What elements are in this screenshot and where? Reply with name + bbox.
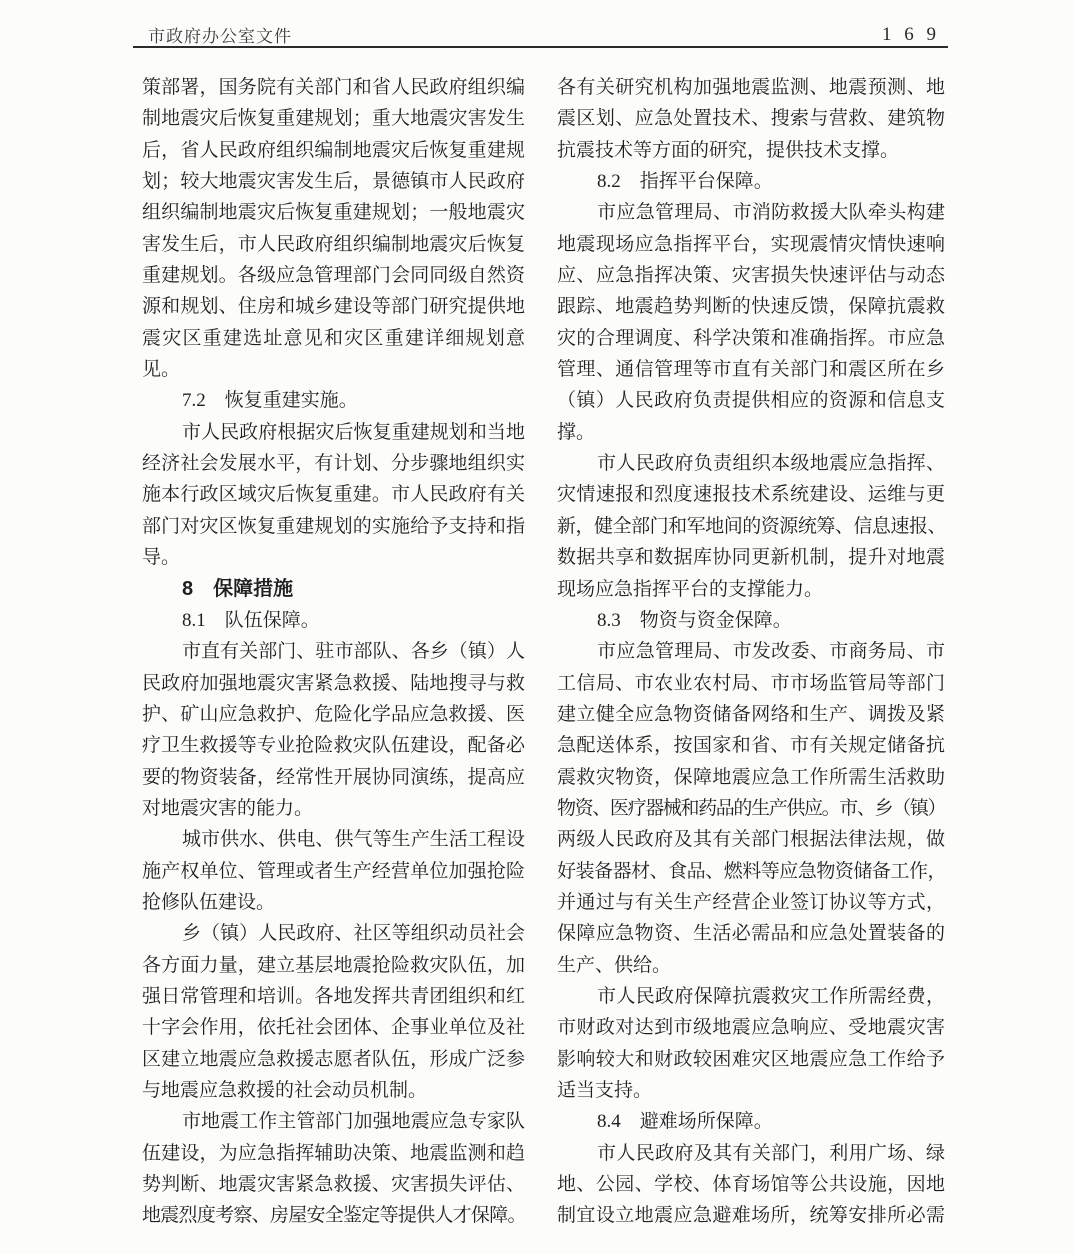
text-line: 见。 (142, 354, 525, 385)
header-rule (133, 46, 948, 48)
text-line: 适当支持。 (557, 1075, 945, 1106)
subsection-heading: 8.1 队伍保障。 (142, 605, 525, 636)
text-line: 城市供水、供电、供气等生产生活工程设 (142, 824, 525, 855)
text-line: 对地震灾害的能力。 (142, 793, 525, 824)
text-line: 导。 (142, 542, 525, 573)
text-line: 疗卫生救援等专业抢险救灾队伍建设，配备必 (142, 730, 525, 761)
text-line: 各有关研究机构加强地震监测、地震预测、地 (557, 72, 945, 103)
text-line: 势判断、地震灾害紧急救援、灾害损失评估、 (142, 1169, 525, 1200)
text-line: 市应急管理局、市消防救援大队牵头构建 (557, 197, 945, 228)
column-right: 各有关研究机构加强地震监测、地震预测、地震区划、应急处置技术、搜索与营救、建筑物… (557, 72, 945, 1232)
text-line: 市人民政府及其有关部门，利用广场、绿 (557, 1138, 945, 1169)
text-line: 灾的合理调度、科学决策和准确指挥。市应急 (557, 323, 945, 354)
text-line: 源和规划、住房和城乡建设等部门研究提供地 (142, 291, 525, 322)
text-line: 乡（镇）人民政府、社区等组织动员社会 (142, 918, 525, 949)
text-line: 施本行政区域灾后恢复重建。市人民政府有关 (142, 479, 525, 510)
subsection-heading: 8.4 避难场所保障。 (557, 1106, 945, 1137)
text-line: 抢修队伍建设。 (142, 887, 525, 918)
text-line: 撑。 (557, 417, 945, 448)
text-line: 护、矿山应急救护、危险化学品应急救援、医 (142, 699, 525, 730)
text-line: 地、公园、学校、体育场馆等公共设施，因地 (557, 1169, 945, 1200)
text-line: 十字会作用，依托社会团体、企事业单位及社 (142, 1012, 525, 1043)
text-line: 物资、医疗器械和药品的生产供应。市、乡（镇） (557, 793, 945, 824)
text-line: 市人民政府负责组织本级地震应急指挥、 (557, 448, 945, 479)
document-page: 市政府办公室文件 1 6 9 策部署，国务院有关部门和省人民政府组织编制地震灾后… (0, 0, 1074, 1254)
text-line: 市应急管理局、市发改委、市商务局、市 (557, 636, 945, 667)
text-line: 制宜设立地震应急避难场所，统筹安排所必需 (557, 1200, 945, 1231)
text-line: 应、应急指挥决策、灾害损失快速评估与动态 (557, 260, 945, 291)
text-line: （镇）人民政府负责提供相应的资源和信息支 (557, 385, 945, 416)
column-left: 策部署，国务院有关部门和省人民政府组织编制地震灾后恢复重建规划；重大地震灾害发生… (142, 72, 525, 1232)
text-line: 划；较大地震灾害发生后，景德镇市人民政府 (142, 166, 525, 197)
text-line: 重建规划。各级应急管理部门会同同级自然资 (142, 260, 525, 291)
text-line: 两级人民政府及其有关部门根据法律法规，做 (557, 824, 945, 855)
text-line: 强日常管理和培训。各地发挥共青团组织和红 (142, 981, 525, 1012)
text-line: 市直有关部门、驻市部队、各乡（镇）人 (142, 636, 525, 667)
header-doc-title: 市政府办公室文件 (148, 22, 292, 47)
text-line: 伍建设，为应急指挥辅助决策、地震监测和趋 (142, 1138, 525, 1169)
section-heading: 8 保障措施 (142, 574, 525, 605)
text-line: 施产权单位、管理或者生产经营单位加强抢险 (142, 856, 525, 887)
text-line: 灾情速报和烈度速报技术系统建设、运维与更 (557, 479, 945, 510)
text-line: 影响较大和财政较困难灾区地震应急工作给予 (557, 1044, 945, 1075)
subsection-heading: 7.2 恢复重建实施。 (142, 385, 525, 416)
text-line: 地震烈度考察、房屋安全鉴定等提供人才保障。 (142, 1200, 525, 1231)
text-line: 民政府加强地震灾害紧急救援、陆地搜寻与救 (142, 668, 525, 699)
text-line: 后，省人民政府组织编制地震灾后恢复重建规 (142, 135, 525, 166)
text-line: 部门对灾区恢复重建规划的实施给予支持和指 (142, 511, 525, 542)
text-line: 急配送体系，按国家和省、市有关规定储备抗 (557, 730, 945, 761)
text-line: 市人民政府根据灾后恢复重建规划和当地 (142, 417, 525, 448)
text-line: 生产、供给。 (557, 950, 945, 981)
text-line: 区建立地震应急救援志愿者队伍，形成广泛参 (142, 1044, 525, 1075)
subsection-heading: 8.3 物资与资金保障。 (557, 605, 945, 636)
text-line: 各方面力量，建立基层地震抢险救灾队伍，加 (142, 950, 525, 981)
text-line: 组织编制地震灾后恢复重建规划；一般地震灾 (142, 197, 525, 228)
text-line: 市地震工作主管部门加强地震应急专家队 (142, 1106, 525, 1137)
text-line: 并通过与有关生产经营企业签订协议等方式， (557, 887, 945, 918)
subsection-heading: 8.2 指挥平台保障。 (557, 166, 945, 197)
text-line: 市财政对达到市级地震应急响应、受地震灾害 (557, 1012, 945, 1043)
text-line: 震区划、应急处置技术、搜索与营救、建筑物 (557, 103, 945, 134)
text-line: 要的物资装备，经常性开展协同演练，提高应 (142, 762, 525, 793)
text-line: 保障应急物资、生活必需品和应急处置装备的 (557, 918, 945, 949)
text-line: 跟踪、地震趋势判断的快速反馈，保障抗震救 (557, 291, 945, 322)
text-line: 策部署，国务院有关部门和省人民政府组织编 (142, 72, 525, 103)
text-line: 与地震应急救援的社会动员机制。 (142, 1075, 525, 1106)
text-line: 现场应急指挥平台的支撑能力。 (557, 574, 945, 605)
text-line: 害发生后，市人民政府组织编制地震灾后恢复 (142, 229, 525, 260)
text-line: 震救灾物资，保障地震应急工作所需生活救助 (557, 762, 945, 793)
text-line: 新，健全部门和军地间的资源统筹、信息速报、 (557, 511, 945, 542)
text-line: 制地震灾后恢复重建规划；重大地震灾害发生 (142, 103, 525, 134)
text-line: 工信局、市农业农村局、市市场监管局等部门 (557, 668, 945, 699)
text-line: 数据共享和数据库协同更新机制，提升对地震 (557, 542, 945, 573)
text-line: 地震现场应急指挥平台，实现震情灾情快速响 (557, 229, 945, 260)
text-line: 管理、通信管理等市直有关部门和震区所在乡 (557, 354, 945, 385)
page-number: 1 6 9 (856, 24, 940, 46)
text-line: 好装备器材、食品、燃料等应急物资储备工作， (557, 856, 945, 887)
text-line: 建立健全应急物资储备网络和生产、调拨及紧 (557, 699, 945, 730)
text-line: 经济社会发展水平，有计划、分步骤地组织实 (142, 448, 525, 479)
text-line: 震灾区重建选址意见和灾区重建详细规划意 (142, 323, 525, 354)
text-line: 抗震技术等方面的研究，提供技术支撑。 (557, 135, 945, 166)
text-line: 市人民政府保障抗震救灾工作所需经费， (557, 981, 945, 1012)
